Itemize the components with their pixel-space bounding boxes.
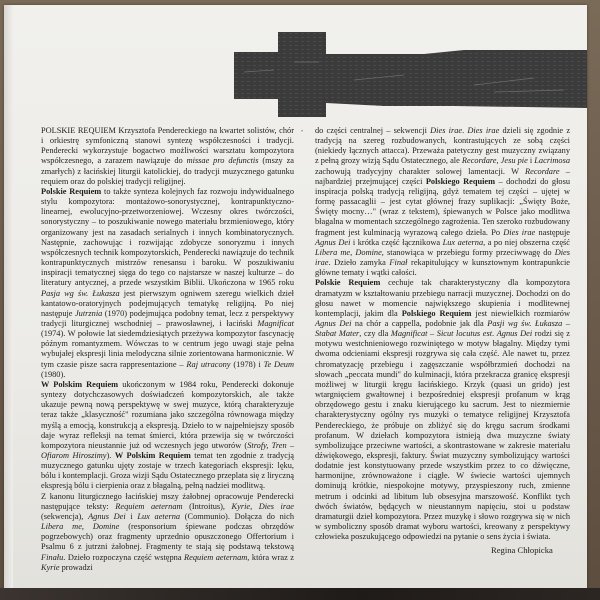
text-run: ). (106, 451, 114, 460)
text-run: , a po niej obszerna część (483, 238, 570, 247)
sleeve-edge (4, 5, 13, 590)
text-run: POLSKIE REQUIEM (41, 126, 116, 135)
italic-text-run: Kyrie, Dies irae (232, 502, 294, 511)
paragraph: POLSKIE REQUIEM Krzysztofa Pendereckiego… (41, 126, 294, 187)
table-edge (0, 588, 600, 600)
text-run: , czy dla (359, 329, 391, 338)
record-sleeve-back: POLSKIE REQUIEM Krzysztofa Pendereckiego… (4, 5, 587, 590)
italic-text-run: Libera me, Domine (315, 248, 382, 257)
liner-notes-right-column: do części centralnej – sekwencji Dies ir… (315, 126, 570, 542)
paragraph: do części centralnej – sekwencji Dies ir… (315, 126, 570, 278)
italic-text-run: Te Deum (264, 360, 294, 369)
italic-text-run: Magnificat – Sicut locutus est (391, 329, 492, 338)
text-run: ukończonym w 1984 roku, Penderecki dokon… (41, 380, 294, 450)
italic-text-run: Requiem aeternam (115, 502, 182, 511)
liner-notes-left-column: POLSKIE REQUIEM Krzysztofa Pendereckiego… (41, 126, 294, 573)
italic-text-run: Recordare (525, 167, 560, 176)
italic-text-run: Lux aeterna (137, 512, 180, 521)
bold-text-run: W Polskim Requiem (115, 451, 191, 460)
text-run: na chór a cappella, podobnie jak dla (351, 319, 487, 328)
text-run: , stanowiąca w przebiegu formy przeciwwa… (382, 248, 555, 257)
text-run: , która wraz z (247, 553, 294, 562)
bold-text-run: W Polskim Requiem (41, 380, 118, 389)
italic-text-run: Finału (41, 553, 63, 562)
paragraph: Polskie Requiem cechuje tak charakteryst… (315, 278, 570, 542)
text-run: następuje (535, 228, 570, 237)
italic-text-run: Raj utracony (186, 360, 230, 369)
italic-text-run: Jutrznia (75, 309, 102, 318)
text-run: rodzi się z motywu westchnieniowego rozw… (315, 329, 570, 541)
italic-text-run: Lux aeterna (443, 238, 484, 247)
text-run: i krótka część łącznikowa (350, 238, 442, 247)
italic-text-run: Finał (389, 258, 407, 267)
text-run: i (126, 512, 138, 521)
bold-text-run: Polskiego Requiem (426, 177, 495, 186)
italic-text-run: Agnus Dei (88, 512, 126, 521)
paragraph: W Polskim Requiem ukończonym w 1984 roku… (41, 380, 294, 492)
italic-text-run: Dies irae (503, 228, 535, 237)
italic-text-run: Agnus Dei (315, 319, 351, 328)
bold-text-run: Polskie Requiem (315, 278, 380, 287)
text-run: (Introitus), (183, 502, 232, 511)
text-run: to także synteza kolejnych faz rozwoju i… (41, 187, 294, 287)
text-run: zachowują tradycyjny charakter solowej l… (315, 167, 525, 176)
italic-text-run: Dies irae (467, 126, 499, 135)
italic-text-run: missae pro defunctis (187, 156, 259, 165)
italic-text-run: Pasja wg św. Łukasza (41, 289, 120, 298)
text-run: jest niewielkich rozmiarów (471, 309, 570, 318)
italic-text-run: Dies irae (430, 126, 462, 135)
bold-text-run: Polskiego Requiem (402, 309, 472, 318)
italic-text-run: Libera me, Domine (41, 522, 119, 531)
paragraph: Z kanonu liturgicznego łacińskiej mszy ż… (41, 492, 294, 573)
italic-text-run: Magnificat (257, 319, 294, 328)
text-run: do części centralnej – sekwencji (315, 126, 430, 135)
italic-text-run: Agnus Dei (497, 329, 532, 338)
bold-text-run: Polskie Requiem (41, 187, 101, 196)
paragraph: Polskie Requiem to także synteza kolejny… (41, 187, 294, 380)
dark-cross-banner-graphic (234, 20, 587, 117)
text-run: . Dzieło zamyka (328, 258, 389, 267)
text-run: . Dzieło rozpoczyna część wstępna (63, 553, 184, 562)
italic-text-run: Kyrie (41, 563, 60, 572)
text-run: (1978) i (231, 360, 264, 369)
italic-text-run: Requiem aeternam (184, 553, 247, 562)
italic-text-run: Agnus Dei (315, 238, 350, 247)
text-run: prowadzi (60, 563, 93, 572)
text-run: (1980). (41, 370, 65, 379)
text-run: (Communio). Dołącza do nich (180, 512, 294, 521)
italic-text-run: Lacrimosa (534, 156, 570, 165)
italic-text-run: Recordare, Jesu pie (462, 156, 528, 165)
cross-banner-icon (234, 20, 587, 117)
author-signature: Regina Chłopicka (491, 545, 553, 555)
text-run: (sekwencja), (41, 512, 88, 521)
bullet-mark: • (301, 129, 303, 135)
